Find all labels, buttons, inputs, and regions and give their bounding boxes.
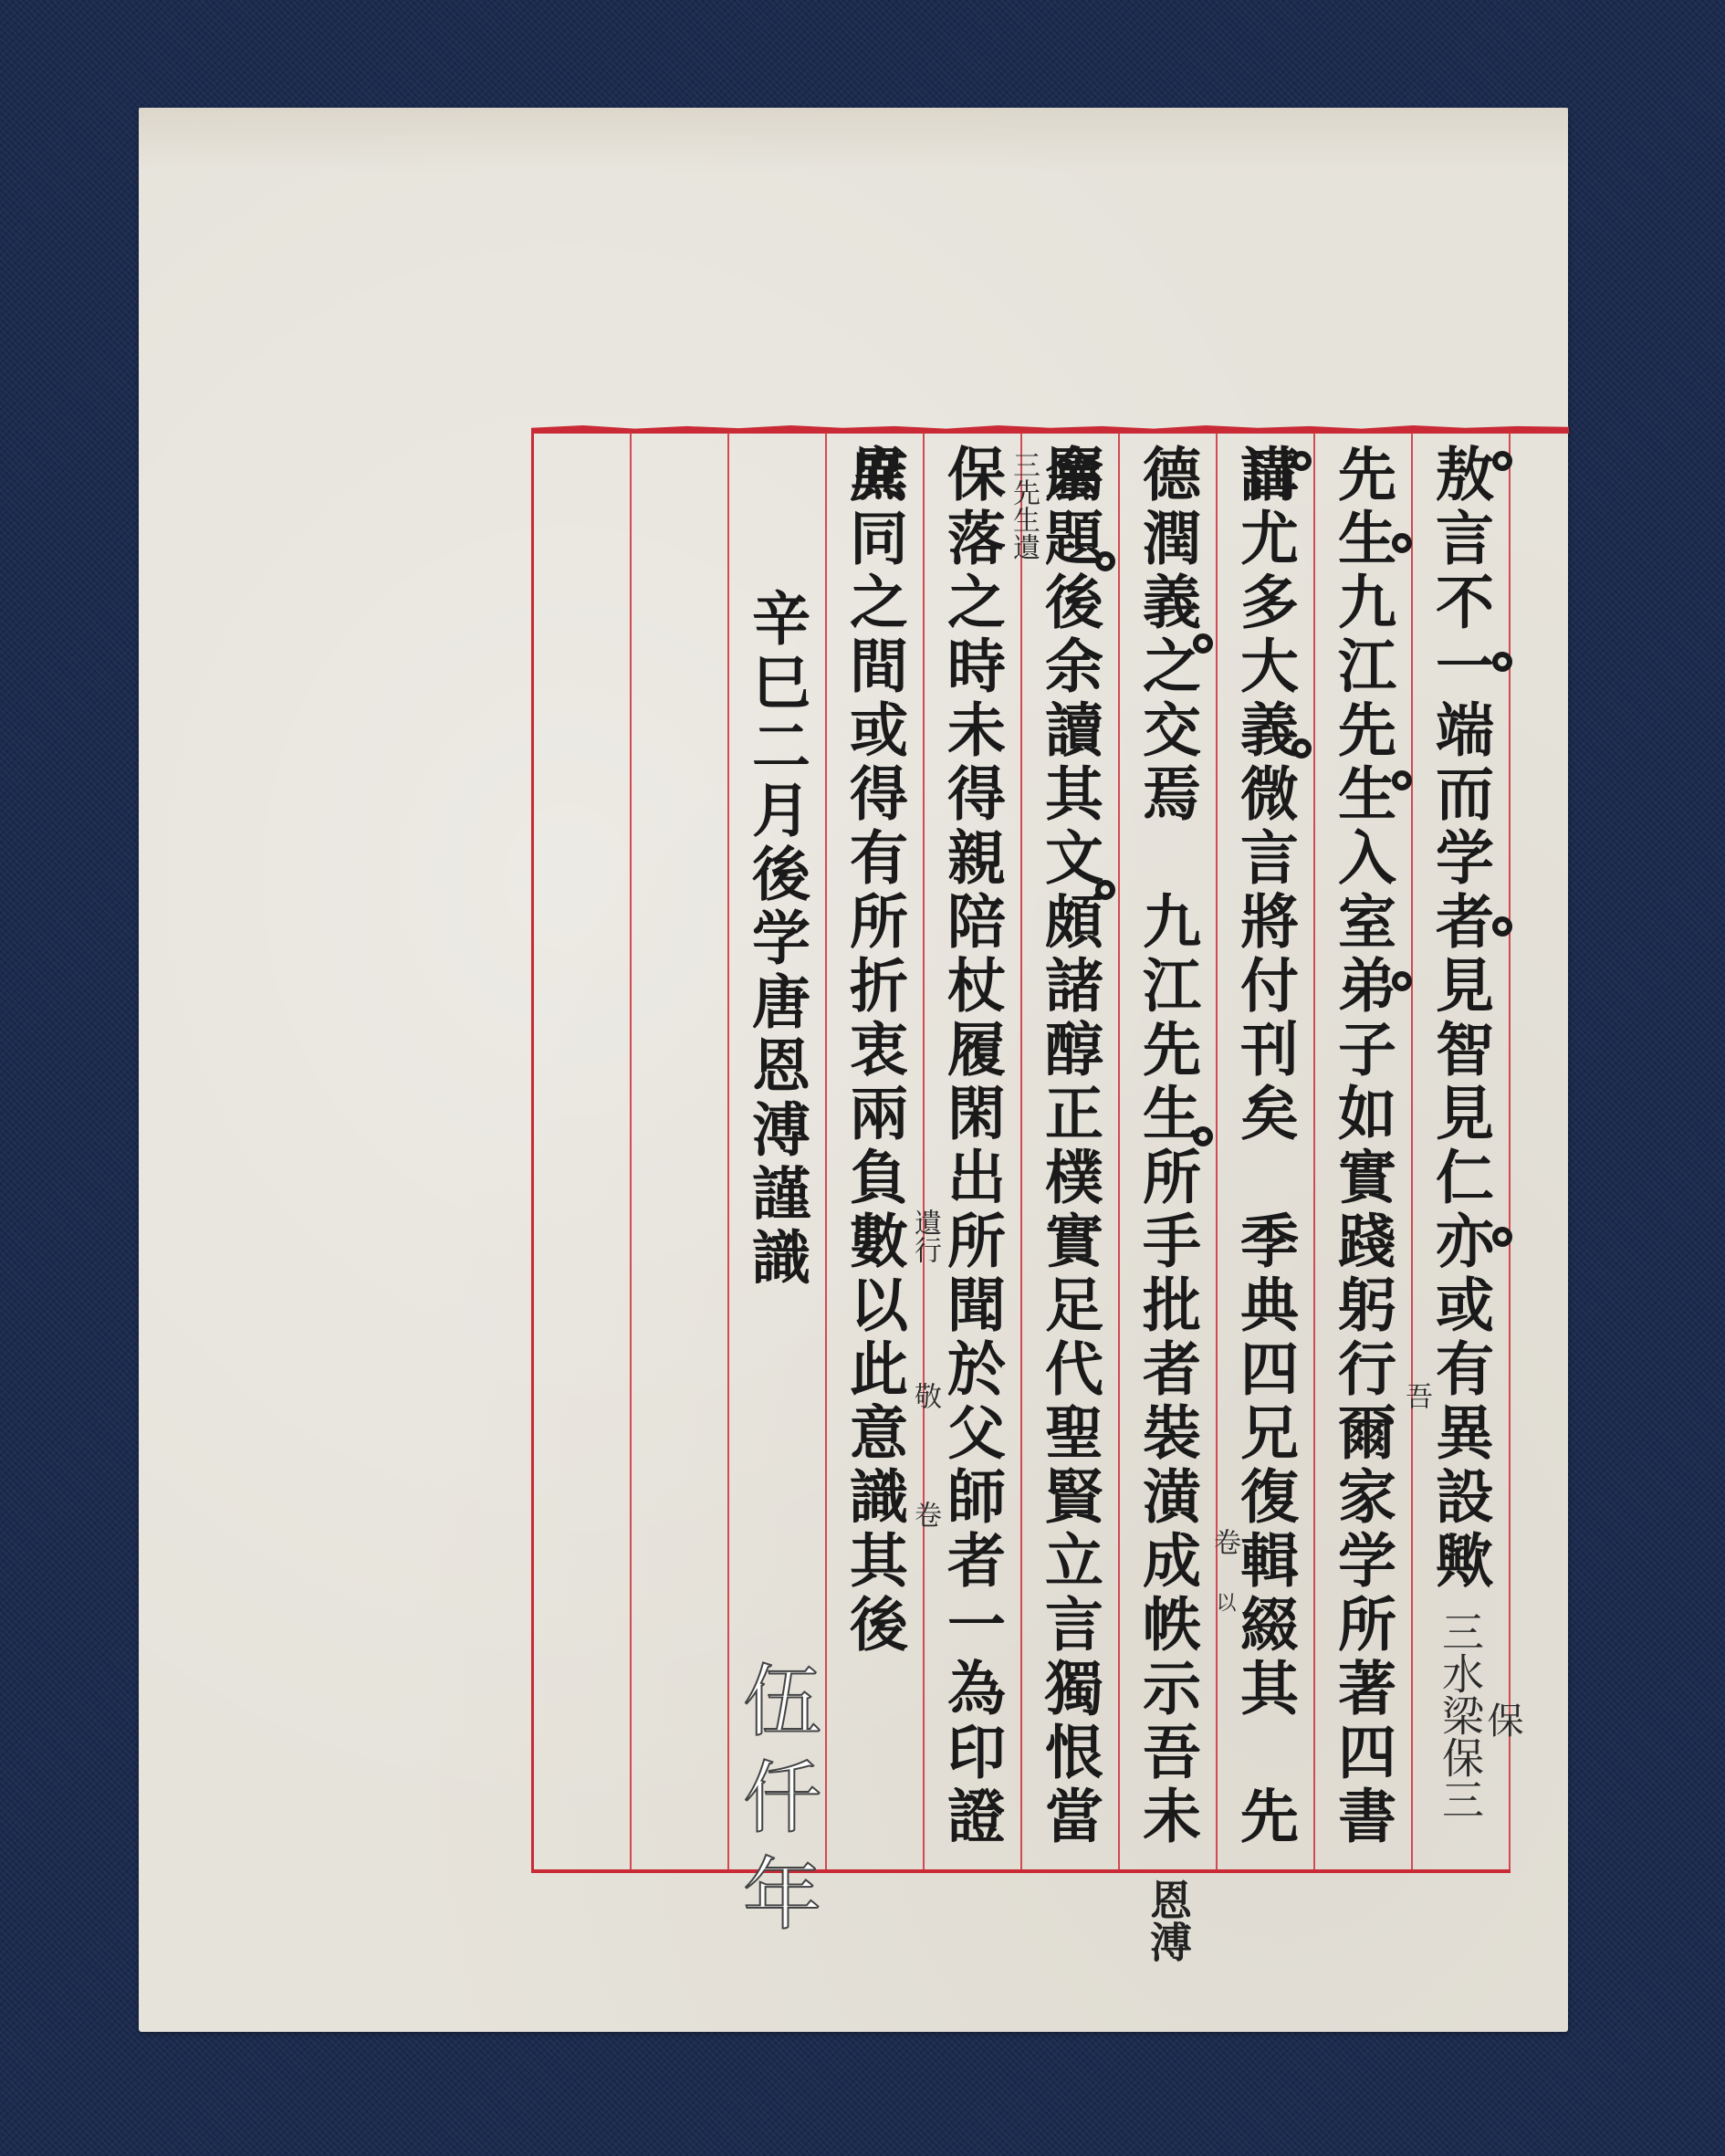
watermark-text: 伍仟年 (718, 1659, 831, 1950)
punctuation-circle (1392, 971, 1412, 991)
signature-column: 辛巳二月後学唐恩溥謹識 (727, 588, 825, 1291)
margin-note: 遺行 (910, 1209, 939, 1263)
red-ruled-frame: 敖言不一端而学者見智見仁亦或有異設歟 先生九江先生入室弟子如實踐躬行爾家学所著四… (531, 433, 1511, 1873)
frame-top-rule (531, 425, 1569, 434)
punctuation-circle (1492, 451, 1512, 471)
text-column-4: 德潤義之交焉 九江先生所手批者裝潢成帙示吾未屬 (1118, 444, 1216, 1869)
punctuation-circle (1291, 451, 1312, 471)
punctuation-circle (1392, 770, 1412, 790)
margin-note: 卷 (1209, 1528, 1239, 1555)
punctuation-circle (1492, 916, 1512, 937)
margin-note: 卷 (910, 1501, 939, 1528)
text-column-7: 異同之間或得有所折衷兩負數以此意識其後 (825, 444, 923, 1658)
text-column-6: 保落之時未得親陪杖履閑出所聞於父師者一為印證庶 (923, 444, 1020, 1869)
margin-note: 以 (1209, 1592, 1239, 1612)
text-column-2: 先生九江先生入室弟子如實踐躬行爾家学所著四書日 (1313, 444, 1411, 1869)
margin-note: 三先生遺 (1009, 451, 1038, 560)
punctuation-circle (1193, 633, 1213, 654)
margin-note: 保 (1488, 1701, 1517, 1738)
column-rule (1509, 433, 1511, 1869)
text-column-5: 余題後余讀其文頗諸醇正樸實足代聖賢立言獨恨當 (1020, 444, 1118, 1849)
text-column-1: 敖言不一端而学者見智見仁亦或有異設歟 (1411, 444, 1509, 1594)
punctuation-circle (1291, 738, 1312, 759)
column-rule (630, 433, 632, 1869)
margin-note: 吾 (1401, 1382, 1430, 1409)
signature-note: 三水梁保三 (1437, 1610, 1483, 1820)
punctuation-circle (1392, 533, 1412, 553)
punctuation-circle (1492, 1227, 1512, 1247)
punctuation-circle (1492, 652, 1512, 672)
margin-note: 敬 (910, 1382, 939, 1409)
manuscript-paper: 敖言不一端而学者見智見仁亦或有異設歟 先生九江先生入室弟子如實踐躬行爾家学所著四… (139, 108, 1568, 2032)
punctuation-circle (1095, 551, 1115, 571)
paper-aged-edge (139, 108, 1568, 172)
punctuation-circle (1193, 1126, 1213, 1146)
below-frame-name: 恩溥 (1138, 1879, 1198, 1962)
punctuation-circle (1095, 880, 1115, 900)
text-column-3: 講尤多大義微言將付刊矣 季典四兄復輯綴其 先 (1216, 444, 1313, 1849)
